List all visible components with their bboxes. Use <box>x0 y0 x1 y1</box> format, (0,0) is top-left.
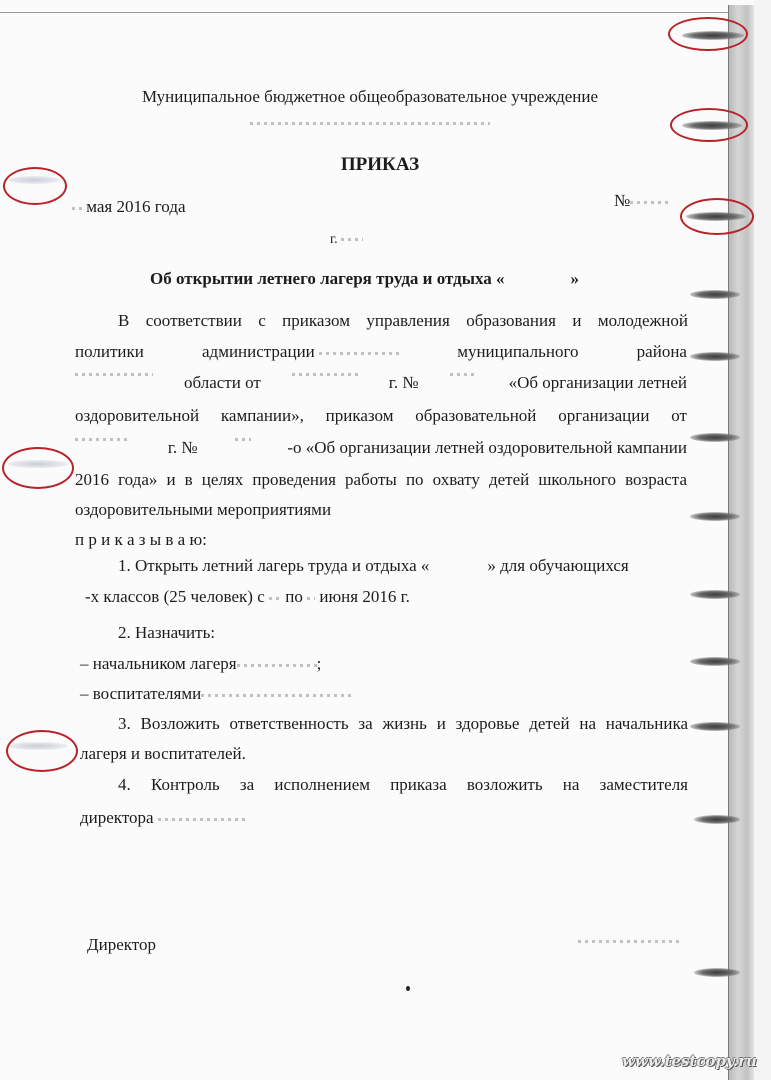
signature-name-redacted <box>578 930 683 950</box>
order-item-2-head: – начальником лагеря; <box>80 654 321 674</box>
document-city: г. <box>330 230 363 250</box>
order-item-4-cont: директора <box>80 808 248 828</box>
order-item-2: 2. Назначить: <box>118 623 215 643</box>
date-text: мая 2016 года <box>86 197 185 216</box>
preamble-line: 2016 года» и в целях проведения работы п… <box>75 470 687 490</box>
binding-mark <box>690 657 740 666</box>
preamble-word: муниципального <box>457 342 578 362</box>
red-annotation-oval <box>680 198 754 235</box>
binding-mark <box>690 722 740 731</box>
red-annotation-oval <box>6 730 78 772</box>
binding-mark <box>690 590 740 599</box>
scanned-document-page: Муниципальное бюджетное общеобразователь… <box>0 0 771 1080</box>
preamble-line: области от г. № «Об организации летней <box>75 373 687 393</box>
subject-text: Об открытии летнего лагеря труда и отдых… <box>150 269 505 288</box>
document-number: № <box>614 191 668 211</box>
red-annotation-oval <box>668 17 748 51</box>
paper-top-edge <box>0 12 728 13</box>
order-item-1: 1. Открыть летний лагерь труда и отдыха … <box>118 556 629 576</box>
order-item-3: 3. Возложить ответственность за жизнь и … <box>118 714 688 734</box>
red-annotation-oval <box>3 167 67 205</box>
document-title: ПРИКАЗ <box>300 155 460 175</box>
binding-mark <box>694 968 740 977</box>
institution-name-redacted <box>240 112 500 132</box>
order-item-4: 4. Контроль за исполнением приказа возло… <box>118 775 688 795</box>
signature-label: Директор <box>87 935 156 955</box>
binding-mark <box>690 290 740 299</box>
preamble-line: оздоровительной кампании», приказом обра… <box>75 406 687 426</box>
preamble-word: района <box>637 342 687 362</box>
preamble-word: области от <box>184 373 261 393</box>
preamble-line: оздоровительными мероприятиями <box>75 500 331 520</box>
preamble-word: -о «Об организации летней оздоровительно… <box>287 438 687 458</box>
city-prefix: г. <box>330 232 338 247</box>
document-subject: Об открытии летнего лагеря труда и отдых… <box>150 269 579 289</box>
binding-mark <box>694 815 740 824</box>
institution-name: Муниципальное бюджетное общеобразователь… <box>120 87 620 107</box>
preamble-word: администрации <box>202 342 399 362</box>
preamble-word: «Об организации летней <box>509 373 687 393</box>
order-item-2-staff: – воспитателями <box>80 684 351 704</box>
preamble-line: политики администрации муниципального ра… <box>75 342 687 362</box>
binding-mark <box>690 512 740 521</box>
red-annotation-oval <box>2 447 74 489</box>
preamble-word: политики <box>75 342 144 362</box>
preamble-word: г. № <box>168 438 198 458</box>
order-word: п р и к а з ы в а ю: <box>75 530 207 550</box>
red-annotation-oval <box>670 108 748 142</box>
ink-dot <box>406 986 410 991</box>
preamble-line: г. № -о «Об организации летней оздоровит… <box>75 438 687 458</box>
scanner-background <box>754 0 771 1080</box>
number-label: № <box>614 191 630 210</box>
binding-mark <box>690 433 740 442</box>
order-item-3-cont: лагеря и воспитателей. <box>80 744 246 764</box>
subject-close: » <box>571 269 580 288</box>
order-item-1-cont: -х классов (25 человек) с по июня 2016 г… <box>85 587 410 607</box>
scanner-edge-strip <box>728 5 755 1080</box>
binding-mark <box>690 352 740 361</box>
preamble-word: г. № <box>389 373 419 393</box>
watermark: www.testcopy.ru <box>622 1052 757 1070</box>
document-date: мая 2016 года <box>72 197 186 217</box>
preamble-line: В соответствии с приказом управления обр… <box>118 311 688 331</box>
